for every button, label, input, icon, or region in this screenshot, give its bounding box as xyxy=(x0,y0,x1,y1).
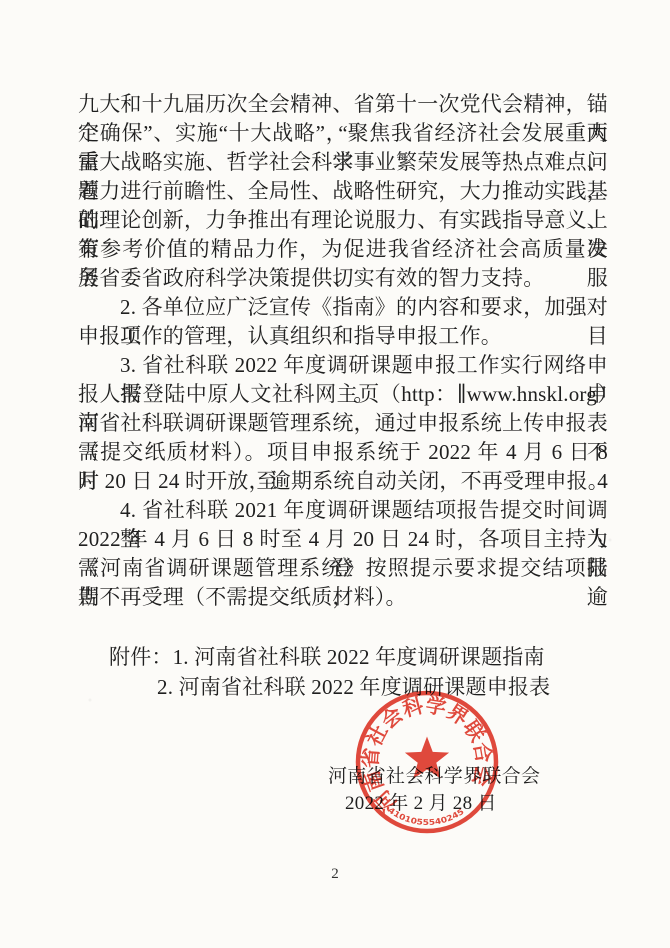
attachment-line-2: 2. 河南省社科联 2022 年度调研课题申报表 xyxy=(78,672,608,702)
body-line: 需提交纸质材料）。项目申报系统于 2022 年 4 月 6 日 8 时至 4 xyxy=(78,438,608,467)
body-line: 九大和十九届历次全会精神、省第十一次党代会精神，锚定“两 xyxy=(78,90,608,119)
document-body: 九大和十九届历次全会精神、省第十一次党代会精神，锚定“两 个确保”、实施“十大战… xyxy=(78,90,608,612)
body-line: 月 20 日 24 时开放，逾期系统自动关闭，不再受理申报。 xyxy=(78,467,608,496)
signature-date: 2022 年 2 月 28 日 xyxy=(345,793,497,814)
body-line: 3. 省社科联 2022 年度调研课题申报工作实行网络申报。申 xyxy=(78,351,608,380)
body-line: 个确保”、实施“十大战略”，聚焦我省经济社会发展重大需求、 xyxy=(78,119,608,148)
body-line: 务省委省政府科学决策提供切实有效的智力支持。 xyxy=(78,264,608,293)
body-line: 的理论创新，力争推出有理论说服力、有实践指导意义、有决 xyxy=(78,206,608,235)
official-seal: 河南省社会科学界联合会 4101055540245 xyxy=(352,687,502,837)
body-line: 南省社科联调研课题管理系统，通过申报系统上传申报表（不 xyxy=(78,409,608,438)
body-line: 《河南省调研课题管理系统》按照提示要求提交结项报告，逾 xyxy=(78,554,608,583)
body-line: 2022 年 4 月 6 日 8 时至 4 月 20 日 24 时，各项目主持人… xyxy=(78,525,608,554)
body-line: 着力进行前瞻性、全局性、战略性研究，大力推动实践基础上 xyxy=(78,177,608,206)
body-line: 重大战略实施、哲学社会科学事业繁荣发展等热点难点问题， xyxy=(78,148,608,177)
page-number: 2 xyxy=(318,866,352,883)
attachments-block: 附件：1. 河南省社科联 2022 年度调研课题指南 2. 河南省社科联 202… xyxy=(78,642,608,702)
attachment-line-1: 附件：1. 河南省社科联 2022 年度调研课题指南 xyxy=(78,642,608,672)
document-page: 九大和十九届历次全会精神、省第十一次党代会精神，锚定“两 个确保”、实施“十大战… xyxy=(0,0,670,948)
body-line: 2. 各单位应广泛宣传《指南》的内容和要求，加强对项目 xyxy=(78,293,608,322)
signature-organization: 河南省社会科学界联合会 xyxy=(328,766,540,787)
body-line: 4. 省社科联 2021 年度调研课题结项报告提交时间调整为 xyxy=(78,496,608,525)
body-line: 策参考价值的精品力作，为促进我省经济社会高质量发展、服 xyxy=(78,235,608,264)
body-line: 报人需登陆中原人文社科网主页（http：∥www.hnskl.org）河 xyxy=(78,380,608,409)
